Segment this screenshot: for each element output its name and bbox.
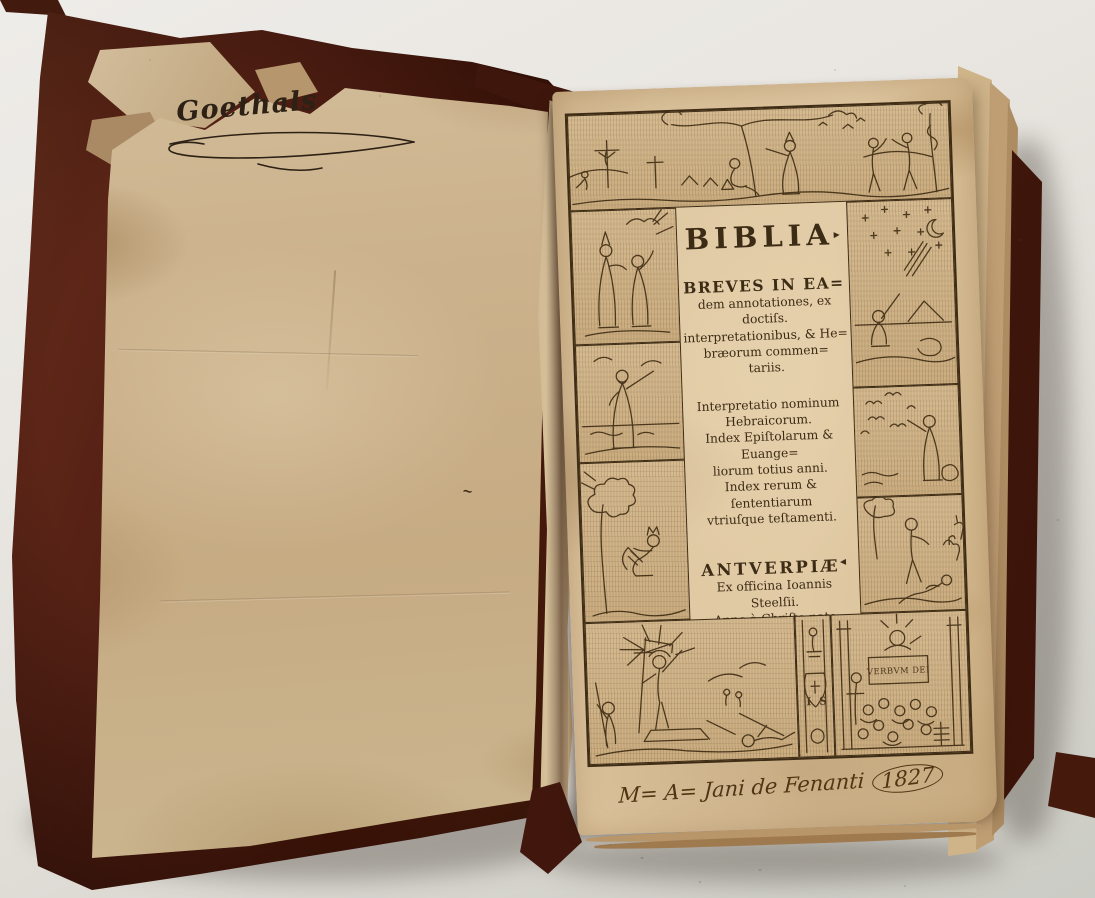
woodcut-bottom-left-resurrection: [585, 616, 800, 765]
woodcut-bottom-right-verbum-dei: VERBVM DEI: [830, 610, 971, 757]
woodcut-right-2-birds: [853, 384, 963, 498]
leaf-ornament-icon: ▸: [833, 227, 840, 241]
signature-flourish: [162, 122, 430, 180]
printer-monogram-s: S: [819, 694, 827, 708]
printer-monogram-i: I: [806, 695, 811, 708]
woodcut-right-1-stars: [846, 198, 958, 388]
photo-stage: ~ Goethals: [0, 0, 1095, 898]
woodcut-left-3-david-harp: [579, 460, 691, 624]
line-title: BIBLIA▸: [679, 220, 846, 255]
woodcut-left-1-god-father: [570, 208, 681, 346]
title-text-block: BIBLIA▸ BREVES IN EA= dem annotationes, …: [676, 202, 860, 620]
title-page: BIBLIA▸ BREVES IN EA= dem annotationes, …: [552, 77, 998, 857]
woodcut-border-frame: BIBLIA▸ BREVES IN EA= dem annotationes, …: [565, 100, 974, 767]
verbum-dei-tablet-text: VERBVM DEI: [866, 664, 930, 676]
woodcut-left-2-prophet: [575, 342, 685, 464]
woodcut-bottom-center-printer-device: I S: [794, 615, 835, 758]
leaf-ornament-left-icon: ◂: [840, 554, 847, 568]
woodcut-top-frieze-fall-and-crucifixion: [567, 102, 952, 211]
woodcut-right-3-eden-animals: [856, 494, 966, 614]
